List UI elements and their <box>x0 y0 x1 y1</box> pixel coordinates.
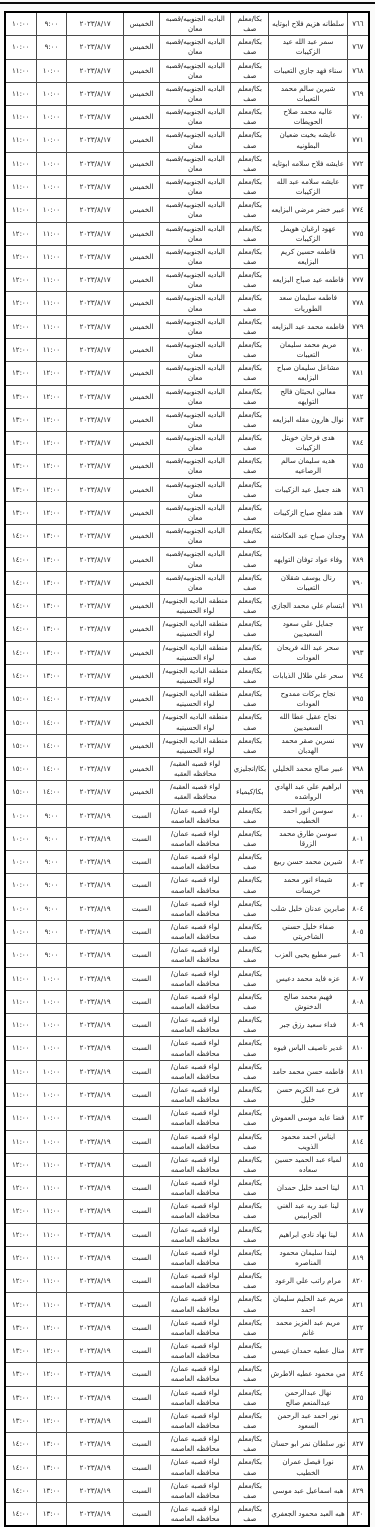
cell-name: لمياء عبد الحميد حسين سعاده <box>269 1153 347 1176</box>
cell-date: ٢٠٢٣/٨/١٧ <box>67 245 123 268</box>
cell-qual: بكا/معلم صف <box>231 618 269 641</box>
table-row: ٧٧٤عبير خضر مرضي البزايعهبكا/معلم صفالبا… <box>5 199 369 222</box>
cell-serial: ٨٠٠ <box>347 804 369 827</box>
cell-serial: ٧٩٥ <box>347 688 369 711</box>
cell-day: الخميس <box>123 455 159 478</box>
cell-day: السبت <box>123 990 159 1013</box>
cell-to: ١٣:٠٠ <box>5 408 36 431</box>
cell-from: ١٤:٠٠ <box>36 711 67 734</box>
cell-to: ١١:٠٠ <box>5 106 36 129</box>
cell-date: ٢٠٢٣/٨/١٩ <box>67 967 123 990</box>
cell-to: ١١:٠٠ <box>5 59 36 82</box>
cell-qual: بكا/معلم صف <box>231 432 269 455</box>
cell-dir: الباديه الجنوبيه/قصبه معان <box>160 199 231 222</box>
cell-to: ١٤:٠٠ <box>5 548 36 571</box>
table-row: ٧٨٠مريم محمد سليمان التعيباتبكا/معلم صفا… <box>5 338 369 361</box>
cell-dir: لواء قصبه عمان/محافظه العاصمه <box>160 1014 231 1037</box>
cell-day: السبت <box>123 1177 159 1200</box>
cell-qual: بكا/معلم صف <box>231 967 269 990</box>
cell-day: الخميس <box>123 82 159 105</box>
table-row: ٧٩٤سحر علي طلال الذياباتبكا/معلم صفمنطقه… <box>5 664 369 687</box>
cell-serial: ٨٠٥ <box>347 920 369 943</box>
cell-qual: بكا/معلم صف <box>231 455 269 478</box>
cell-serial: ٧٧١ <box>347 129 369 152</box>
table-row: ٧٨٦هند جميل عيد الزكيباتبكا/معلم صفالباد… <box>5 478 369 501</box>
cell-from: ١٢:٠٠ <box>36 501 67 524</box>
cell-date: ٢٠٢٣/٨/١٧ <box>67 222 123 245</box>
cell-date: ٢٠٢٣/٨/١٩ <box>67 851 123 874</box>
cell-day: الخميس <box>123 618 159 641</box>
cell-date: ٢٠٢٣/٨/١٩ <box>67 897 123 920</box>
cell-name: جمايل علي سعود السعيديين <box>269 618 347 641</box>
cell-name: عاليه محمد صلاح الحويطات <box>269 106 347 129</box>
cell-name: معالين ابحيثان فالح التوايهه <box>269 385 347 408</box>
cell-day: الخميس <box>123 315 159 338</box>
cell-date: ٢٠٢٣/٨/١٩ <box>67 1037 123 1060</box>
cell-date: ٢٠٢٣/٨/١٧ <box>67 36 123 59</box>
cell-dir: الباديه الجنوبيه/قصبه معان <box>160 59 231 82</box>
cell-name: فاطمه حسن محمد حامد <box>269 1060 347 1083</box>
cell-to: ١٤:٠٠ <box>5 618 36 641</box>
cell-day: الخميس <box>123 758 159 781</box>
table-row: ٧٧٦فاطمه حسين كريم البزايعهبكا/معلم صفال… <box>5 245 369 268</box>
cell-name: هند جميل عيد الزكيبات <box>269 478 347 501</box>
cell-from: ١٣:٠٠ <box>36 525 67 548</box>
cell-day: السبت <box>123 967 159 990</box>
cell-serial: ٧٨٤ <box>347 432 369 455</box>
table-row: ٨١٣فضا عايد موسى العموشبكا/معلم صفلواء ق… <box>5 1107 369 1130</box>
table-row: ٧٧٢عايشه فلاح سلامه ابوتايهبكا/معلم صفال… <box>5 152 369 175</box>
cell-to: ١٣:٠٠ <box>5 432 36 455</box>
cell-serial: ٧٨٥ <box>347 455 369 478</box>
cell-dir: الباديه الجنوبيه/قصبه معان <box>160 338 231 361</box>
cell-to: ١١:٠٠ <box>5 82 36 105</box>
cell-qual: بكا/معلم صف <box>231 106 269 129</box>
cell-qual: بكا/معلم صف <box>231 525 269 548</box>
cell-from: ١١:٠٠ <box>36 222 67 245</box>
cell-dir: لواء قصبه عمان/محافظه العاصمه <box>160 1130 231 1153</box>
cell-dir: الباديه الجنوبيه/قصبه معان <box>160 36 231 59</box>
cell-name: سوسن طارق محمد الزرقا <box>269 827 347 850</box>
cell-from: ١١:٠٠ <box>36 315 67 338</box>
table-row: ٧٧٧فاطمه عيد صباح البزايعهبكا/معلم صفالب… <box>5 269 369 292</box>
cell-to: ١١:٠٠ <box>5 990 36 1013</box>
cell-to: ١٠:٠٠ <box>5 920 36 943</box>
table-row: ٨١٥لمياء عبد الحميد حسين سعادهبكا/معلم ص… <box>5 1153 369 1176</box>
cell-dir: الباديه الجنوبيه/قصبه معان <box>160 525 231 548</box>
cell-to: ١٠:٠٠ <box>5 827 36 850</box>
cell-qual: بكا/معلم صف <box>231 292 269 315</box>
cell-dir: لواء قصبه عمان/محافظه العاصمه <box>160 874 231 897</box>
cell-qual: بكا/معلم صف <box>231 269 269 292</box>
cell-from: ١٠:٠٠ <box>36 1130 67 1153</box>
table-row: ٨٠٨فهيم محمد صالح الدخنوشبكا/معلم صفلواء… <box>5 990 369 1013</box>
table-row: ٨٠١سوسن طارق محمد الزرقابكا/معلم صفلواء … <box>5 827 369 850</box>
table-row: ٧٦٨سناء فهد جازي التعيباتبكا/معلم صفالبا… <box>5 59 369 82</box>
cell-from: ١٠:٠٠ <box>36 129 67 152</box>
cell-dir: الباديه الجنوبيه/قصبه معان <box>160 106 231 129</box>
cell-to: ١٢:٠٠ <box>5 1153 36 1176</box>
cell-day: الخميس <box>123 152 159 175</box>
cell-day: الخميس <box>123 711 159 734</box>
cell-serial: ٧٩٧ <box>347 734 369 757</box>
cell-serial: ٧٧٢ <box>347 152 369 175</box>
cell-to: ١١:٠٠ <box>5 1037 36 1060</box>
cell-qual: بكا/معلم صف <box>231 408 269 431</box>
cell-qual: بكا/معلم صف <box>231 688 269 711</box>
cell-to: ١٠:٠٠ <box>5 804 36 827</box>
table-row: ٧٩٠رنال يوسف شقلان التعيباتبكا/معلم صفال… <box>5 571 369 594</box>
cell-serial: ٧٩٢ <box>347 618 369 641</box>
cell-date: ٢٠٢٣/٨/١٩ <box>67 1153 123 1176</box>
cell-to: ١٤:٠٠ <box>5 641 36 664</box>
cell-dir: الباديه الجنوبيه/قصبه معان <box>160 408 231 431</box>
cell-date: ٢٠٢٣/٨/١٧ <box>67 199 123 222</box>
cell-name: هديه سليمان سالم الرصاعيه <box>269 455 347 478</box>
cell-serial: ٧٧٠ <box>347 106 369 129</box>
table-row: ٧٩٥نجاح بركات ممدوح العوداتبكا/معلم صفمن… <box>5 688 369 711</box>
cell-dir: الباديه الجنوبيه/قصبه معان <box>160 501 231 524</box>
table-row: ٧٧٣عايشه سلامه عبد الله الزكيباتبكا/معلم… <box>5 175 369 198</box>
cell-serial: ٨١٣ <box>347 1107 369 1130</box>
cell-from: ٩:٠٠ <box>36 36 67 59</box>
cell-date: ٢٠٢٣/٨/١٧ <box>67 362 123 385</box>
cell-day: الخميس <box>123 199 159 222</box>
cell-serial: ٧٩١ <box>347 595 369 618</box>
cell-date: ٢٠٢٣/٨/١٩ <box>67 990 123 1013</box>
cell-name: وفاء عواد توفان التوايهه <box>269 548 347 571</box>
cell-to: ١٠:٠٠ <box>5 897 36 920</box>
cell-name: لينا احمد خليل حمدان <box>269 1177 347 1200</box>
cell-serial: ٨١٥ <box>347 1153 369 1176</box>
cell-dir: الباديه الجنوبيه/قصبه معان <box>160 292 231 315</box>
cell-date: ٢٠٢٣/٨/١٧ <box>67 432 123 455</box>
cell-name: صفاء خليل حسني الشاخريتي <box>269 920 347 943</box>
table-row: ٨٠٤صابرين عدنان خليل شلببكا/معلم صفلواء … <box>5 897 369 920</box>
cell-date: ٢٠٢٣/٨/١٧ <box>67 711 123 734</box>
cell-day: السبت <box>123 944 159 967</box>
cell-dir: الباديه الجنوبيه/قصبه معان <box>160 455 231 478</box>
cell-serial: ٧٨٢ <box>347 385 369 408</box>
cell-to: ١١:٠٠ <box>5 1130 36 1153</box>
cell-name: فداء سعيد رزق جبر <box>269 1014 347 1037</box>
cell-date: ٢٠٢٣/٨/١٧ <box>67 618 123 641</box>
cell-day: الخميس <box>123 12 159 36</box>
table-row: ٨٠٧عزه فايد محمد دعيسبكا/معلم صفلواء قصب… <box>5 967 369 990</box>
cell-qual: بكا/معلم صف <box>231 82 269 105</box>
cell-qual: بكا/معلم صف <box>231 338 269 361</box>
cell-dir: لواء قصبه عمان/محافظه العاصمه <box>160 1060 231 1083</box>
cell-day: الخميس <box>123 36 159 59</box>
cell-dir: الباديه الجنوبيه/قصبه معان <box>160 175 231 198</box>
cell-qual: بكا/معلم صف <box>231 1083 269 1106</box>
cell-to: ١١:٠٠ <box>5 967 36 990</box>
cell-date: ٢٠٢٣/٨/١٩ <box>67 1107 123 1130</box>
cell-day: الخميس <box>123 175 159 198</box>
cell-to: ١٢:٠٠ <box>5 245 36 268</box>
table-row: ٨١٠غدير ناصيف الياس فيوهبكا/معلم صفلواء … <box>5 1037 369 1060</box>
cell-dir: لواء قصبه العقبه/محافظه العقبه <box>160 758 231 781</box>
cell-to: ١٣:٠٠ <box>5 501 36 524</box>
cell-serial: ٧٨٩ <box>347 548 369 571</box>
cell-serial: ٨١٦ <box>347 1177 369 1200</box>
cell-dir: لواء قصبه عمان/محافظه العاصمه <box>160 1107 231 1130</box>
page-top-rule <box>0 2 375 4</box>
cell-serial: ٧٦٨ <box>347 59 369 82</box>
cell-day: الخميس <box>123 59 159 82</box>
cell-date: ٢٠٢٣/٨/١٧ <box>67 408 123 431</box>
cell-name: عهود ارغيان هويمل الزكيبات <box>269 222 347 245</box>
cell-from: ١٢:٠٠ <box>36 362 67 385</box>
cell-dir: منطقه الباديه الجنوبيه/لواء الحسينيه <box>160 641 231 664</box>
cell-from: ١١:٠٠ <box>36 1153 67 1176</box>
cell-day: السبت <box>123 874 159 897</box>
cell-day: السبت <box>123 1130 159 1153</box>
table-row: ٨١١فاطمه حسن محمد حامدبكا/معلم صفلواء قص… <box>5 1060 369 1083</box>
cell-day: الخميس <box>123 362 159 385</box>
cell-name: مريم محمد سليمان التعيبات <box>269 338 347 361</box>
cell-qual: بكا/معلم صف <box>231 1130 269 1153</box>
cell-date: ٢٠٢٣/٨/١٩ <box>67 1083 123 1106</box>
table-row: ٨٠٣شيماء انور محمد خريساتبكا/معلم صفلواء… <box>5 874 369 897</box>
cell-day: الخميس <box>123 571 159 594</box>
cell-from: ٩:٠٠ <box>36 827 67 850</box>
cell-name: ابراهيم علي عبد الهادي الرواشده <box>269 781 347 804</box>
cell-day: الخميس <box>123 595 159 618</box>
table-row: ٧٧١عايشه بخيت ضعيان البطونيهبكا/معلم صفا… <box>5 129 369 152</box>
cell-qual: بكا/معلم صف <box>231 595 269 618</box>
cell-from: ١٠:٠٠ <box>36 1083 67 1106</box>
cell-dir: الباديه الجنوبيه/قصبه معان <box>160 152 231 175</box>
cell-serial: ٧٧٦ <box>347 245 369 268</box>
cell-from: ٩:٠٠ <box>36 897 67 920</box>
cell-qual: بكا/معلم صف <box>231 1177 269 1200</box>
cell-from: ١٤:٠٠ <box>36 758 67 781</box>
cell-date: ٢٠٢٣/٨/١٧ <box>67 82 123 105</box>
cell-qual: بكا/معلم صف <box>231 1107 269 1130</box>
cell-name: سلطانه هزيم فلاح ابوتايه <box>269 12 347 36</box>
cell-from: ١٠:٠٠ <box>36 990 67 1013</box>
table-row: ٧٩٢جمايل علي سعود السعيديينبكا/معلم صفمن… <box>5 618 369 641</box>
table-row: ٨١٢فرح عبد الكريم حسن خليلبكا/معلم صفلوا… <box>5 1083 369 1106</box>
cell-date: ٢٠٢٣/٨/١٩ <box>67 944 123 967</box>
cell-dir: الباديه الجنوبيه/قصبه معان <box>160 245 231 268</box>
cell-dir: الباديه الجنوبيه/قصبه معان <box>160 385 231 408</box>
cell-day: السبت <box>123 804 159 827</box>
cell-to: ١٠:٠٠ <box>5 944 36 967</box>
cell-dir: منطقه الباديه الجنوبيه/لواء الحسينيه <box>160 618 231 641</box>
cell-qual: بكا/معلم صف <box>231 944 269 967</box>
cell-date: ٢٠٢٣/٨/١٩ <box>67 827 123 850</box>
cell-to: ١٠:٠٠ <box>5 36 36 59</box>
cell-qual: بكا/معلم صف <box>231 1037 269 1060</box>
cell-to: ١٥:٠٠ <box>5 688 36 711</box>
cell-dir: الباديه الجنوبيه/قصبه معان <box>160 315 231 338</box>
cell-dir: لواء قصبه عمان/محافظه العاصمه <box>160 920 231 943</box>
cell-serial: ٨٠٧ <box>347 967 369 990</box>
table-row: ٧٩٧نسرين صقر محمد الهدبانبكا/معلم صفمنطق… <box>5 734 369 757</box>
cell-date: ٢٠٢٣/٨/١٩ <box>67 1060 123 1083</box>
cell-from: ١١:٠٠ <box>36 292 67 315</box>
table-row: ٧٩٩ابراهيم علي عبد الهادي الرواشدهبكا/كي… <box>5 781 369 804</box>
cell-qual: بكا/انجليزي <box>231 758 269 781</box>
table-row: ٧٨٩وفاء عواد توفان التوايههبكا/معلم صفال… <box>5 548 369 571</box>
cell-to: ١٤:٠٠ <box>5 571 36 594</box>
cell-day: الخميس <box>123 432 159 455</box>
cell-qual: بكا/معلم صف <box>231 12 269 36</box>
cell-from: ٩:٠٠ <box>36 851 67 874</box>
cell-date: ٢٠٢٣/٨/١٧ <box>67 59 123 82</box>
cell-date: ٢٠٢٣/٨/١٧ <box>67 455 123 478</box>
cell-day: السبت <box>123 827 159 850</box>
cell-qual: بكا/معلم صف <box>231 1153 269 1176</box>
cell-to: ١٤:٠٠ <box>5 664 36 687</box>
schedule-table-body: ٧٦٦سلطانه هزيم فلاح ابوتايهبكا/معلم صفال… <box>5 12 369 1200</box>
cell-dir: الباديه الجنوبيه/قصبه معان <box>160 478 231 501</box>
cell-serial: ٧٨٣ <box>347 408 369 431</box>
cell-name: عزه فايد محمد دعيس <box>269 967 347 990</box>
schedule-table-container: ٧٦٦سلطانه هزيم فلاح ابوتايهبكا/معلم صفال… <box>4 11 370 1200</box>
cell-to: ١٤:٠٠ <box>5 525 36 548</box>
cell-from: ١٠:٠٠ <box>36 59 67 82</box>
cell-serial: ٧٦٦ <box>347 12 369 36</box>
cell-to: ١٥:٠٠ <box>5 781 36 804</box>
table-row: ٨٠٩فداء سعيد رزق جبربكا/معلم صفلواء قصبه… <box>5 1014 369 1037</box>
cell-from: ١١:٠٠ <box>36 245 67 268</box>
cell-qual: بكا/معلم صف <box>231 36 269 59</box>
cell-from: ١٤:٠٠ <box>36 688 67 711</box>
cell-to: ١٤:٠٠ <box>5 595 36 618</box>
cell-name: عايشه فلاح سلامه ابوتايه <box>269 152 347 175</box>
cell-day: السبت <box>123 1060 159 1083</box>
cell-from: ١٢:٠٠ <box>36 455 67 478</box>
cell-name: هدى فرحان خويتل الزكيبات <box>269 432 347 455</box>
cell-qual: بكا/كيمياء <box>231 781 269 804</box>
cell-name: سحر علي طلال الذيابات <box>269 664 347 687</box>
cell-from: ٩:٠٠ <box>36 804 67 827</box>
cell-from: ١٣:٠٠ <box>36 595 67 618</box>
cell-date: ٢٠٢٣/٨/١٩ <box>67 1014 123 1037</box>
cell-dir: لواء قصبه عمان/محافظه العاصمه <box>160 1177 231 1200</box>
cell-name: فرح عبد الكريم حسن خليل <box>269 1083 347 1106</box>
cell-serial: ٧٧٨ <box>347 292 369 315</box>
table-row: ٧٩٣سحر عبد الله فريحان العوداتبكا/معلم ص… <box>5 641 369 664</box>
cell-date: ٢٠٢٣/٨/١٧ <box>67 152 123 175</box>
cell-day: السبت <box>123 851 159 874</box>
cell-to: ١٥:٠٠ <box>5 758 36 781</box>
table-row: ٧٦٧سمر عبد الله عيد الزكيباتبكا/معلم صفا… <box>5 36 369 59</box>
cell-date: ٢٠٢٣/٨/١٧ <box>67 781 123 804</box>
cell-date: ٢٠٢٣/٨/١٩ <box>67 804 123 827</box>
cell-dir: لواء قصبه عمان/محافظه العاصمه <box>160 1037 231 1060</box>
cell-serial: ٧٩٤ <box>347 664 369 687</box>
table-row: ٧٨٧هند مفلح صياح الزكيباتبكا/معلم صفالبا… <box>5 501 369 524</box>
cell-qual: بكا/معلم صف <box>231 664 269 687</box>
cell-qual: بكا/معلم صف <box>231 548 269 571</box>
cell-date: ٢٠٢٣/٨/١٧ <box>67 641 123 664</box>
cell-date: ٢٠٢٣/٨/١٧ <box>67 129 123 152</box>
cell-serial: ٧٩٨ <box>347 758 369 781</box>
cell-serial: ٨٠٤ <box>347 897 369 920</box>
cell-from: ٩:٠٠ <box>36 920 67 943</box>
cell-name: نوال هارون مقله البزايعه <box>269 408 347 431</box>
cell-to: ١٥:٠٠ <box>5 734 36 757</box>
cell-qual: بكا/معلم صف <box>231 571 269 594</box>
cell-name: فهيم محمد صالح الدخنوش <box>269 990 347 1013</box>
cell-name: فاطمه حسين كريم البزايعه <box>269 245 347 268</box>
cell-name: فاطمه سليمان سعد الطوريات <box>269 292 347 315</box>
cell-date: ٢٠٢٣/٨/١٧ <box>67 315 123 338</box>
cell-date: ٢٠٢٣/٨/١٩ <box>67 874 123 897</box>
cell-serial: ٧٧٧ <box>347 269 369 292</box>
cell-day: الخميس <box>123 688 159 711</box>
cell-from: ١٣:٠٠ <box>36 641 67 664</box>
table-row: ٧٦٩شيرين سالم محمد التعيباتبكا/معلم صفال… <box>5 82 369 105</box>
cell-dir: الباديه الجنوبيه/قصبه معان <box>160 129 231 152</box>
cell-from: ١٠:٠٠ <box>36 1014 67 1037</box>
cell-to: ١١:٠٠ <box>5 152 36 175</box>
cell-dir: الباديه الجنوبيه/قصبه معان <box>160 269 231 292</box>
cell-qual: بكا/معلم صف <box>231 851 269 874</box>
cell-to: ١٢:٠٠ <box>5 1177 36 1200</box>
cell-qual: بكا/معلم صف <box>231 990 269 1013</box>
table-row: ٧٧٨فاطمه سليمان سعد الطورياتبكا/معلم صفا… <box>5 292 369 315</box>
cell-day: الخميس <box>123 408 159 431</box>
cell-to: ١٥:٠٠ <box>5 711 36 734</box>
cell-name: سحر عبد الله فريحان العودات <box>269 641 347 664</box>
cell-serial: ٧٨٧ <box>347 501 369 524</box>
cell-serial: ٧٧٥ <box>347 222 369 245</box>
cell-name: فاطمه عيد صباح البزايعه <box>269 269 347 292</box>
cell-from: ٩:٠٠ <box>36 874 67 897</box>
cell-serial: ٧٩٩ <box>347 781 369 804</box>
cell-to: ١١:٠٠ <box>5 1060 36 1083</box>
cell-name: عايشه بخيت ضعيان البطونيه <box>269 129 347 152</box>
cell-dir: منطقه الباديه الجنوبيه/لواء الحسينيه <box>160 734 231 757</box>
cell-day: السبت <box>123 920 159 943</box>
cell-serial: ٨١١ <box>347 1060 369 1083</box>
cell-to: ١٣:٠٠ <box>5 385 36 408</box>
cell-name: هند مفلح صياح الزكيبات <box>269 501 347 524</box>
table-row: ٧٧٠عاليه محمد صلاح الحويطاتبكا/معلم صفال… <box>5 106 369 129</box>
cell-date: ٢٠٢٣/٨/١٧ <box>67 688 123 711</box>
cell-serial: ٨٠٣ <box>347 874 369 897</box>
table-row: ٧٦٦سلطانه هزيم فلاح ابوتايهبكا/معلم صفال… <box>5 12 369 36</box>
cell-from: ١٠:٠٠ <box>36 1037 67 1060</box>
cell-date: ٢٠٢٣/٨/١٩ <box>67 1177 123 1200</box>
table-row: ٧٧٥عهود ارغيان هويمل الزكيباتبكا/معلم صف… <box>5 222 369 245</box>
cell-from: ٩:٠٠ <box>36 944 67 967</box>
cell-date: ٢٠٢٣/٨/١٧ <box>67 175 123 198</box>
cell-day: الخميس <box>123 245 159 268</box>
table-row: ٧٩١ابتسام علي محمد الجازيبكا/معلم صفمنطق… <box>5 595 369 618</box>
cell-dir: منطقه الباديه الجنوبيه/لواء الحسينيه <box>160 688 231 711</box>
cell-from: ١٢:٠٠ <box>36 385 67 408</box>
cell-serial: ٧٨٨ <box>347 525 369 548</box>
cell-dir: الباديه الجنوبيه/قصبه معان <box>160 432 231 455</box>
cell-qual: بكا/معلم صف <box>231 920 269 943</box>
cell-to: ١٣:٠٠ <box>5 362 36 385</box>
cell-from: ١٣:٠٠ <box>36 548 67 571</box>
cell-qual: بكا/معلم صف <box>231 1060 269 1083</box>
cell-to: ١٠:٠٠ <box>5 12 36 36</box>
cell-from: ١٢:٠٠ <box>36 432 67 455</box>
cell-day: الخميس <box>123 641 159 664</box>
cell-date: ٢٠٢٣/٨/١٧ <box>67 106 123 129</box>
cell-serial: ٨١٢ <box>347 1083 369 1106</box>
table-row: ٧٨٢معالين ابحيثان فالح التوايههبكا/معلم … <box>5 385 369 408</box>
cell-name: رنال يوسف شقلان التعيبات <box>269 571 347 594</box>
